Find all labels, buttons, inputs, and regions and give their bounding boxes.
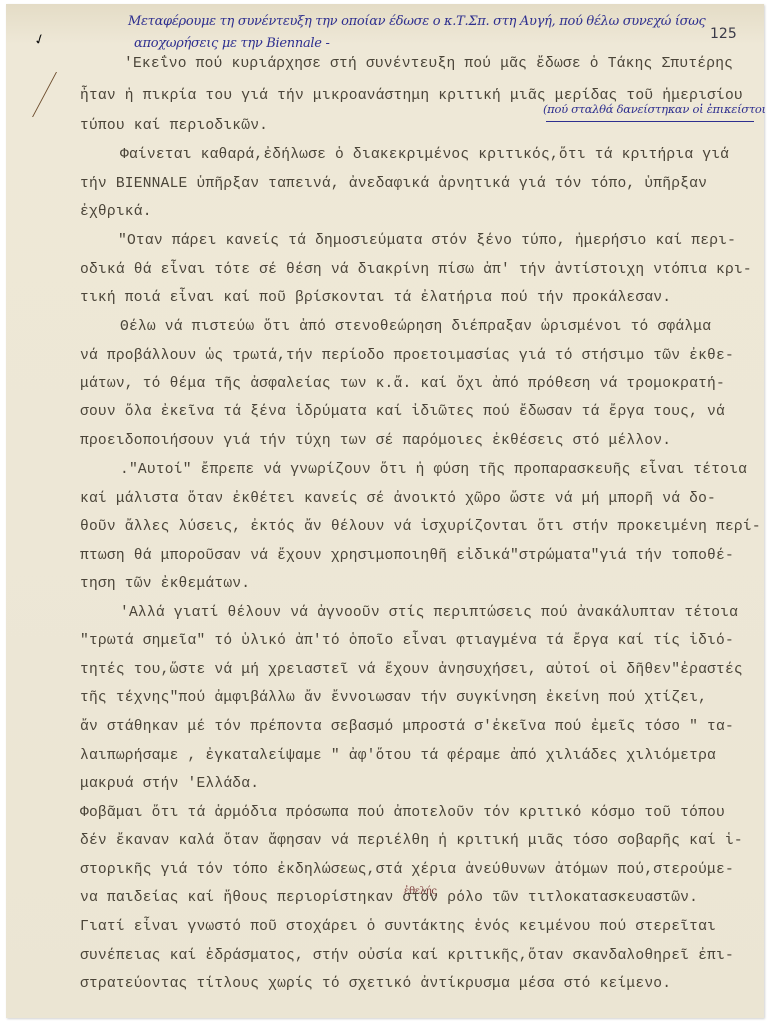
text-line: πτωση θά μποροῦσαν νά ἔχουν χρησιμοποιηθ… (80, 548, 734, 564)
text-line: 'Εκεΐνο πού κυριάρχησε στή συνέντευξη πο… (124, 56, 733, 72)
text-line: ἦταν ἡ πικρία του γιά τήν μικροανάστημη … (80, 88, 743, 104)
margin-checkmark: ✓ (32, 30, 48, 49)
text-line: δέν ἔκαναν καλά ὅταν ἄφησαν νά περιέλθη … (80, 833, 743, 849)
text-line: Φοβᾶμαι ὅτι τά ἁρμόδια πρόσωπα πού ἀποτε… (80, 805, 725, 821)
text-line: Γιατί εἶναι γνωστό ποῦ στοχάρει ὁ συντάκ… (80, 919, 716, 935)
text-line: μακρυά στήν 'Ελλάδα. (80, 776, 259, 792)
text-line: να παιδείας καί ἤθους περιορίστηκαν στόν… (80, 890, 698, 906)
text-line: νά προβάλλουν ὡς τρωτά,τήν περίοδο προετ… (80, 348, 734, 364)
text-line: τηση τῶν ἐκθεμάτων. (80, 576, 250, 592)
text-line: τύπου καί περιοδικῶν. (80, 118, 268, 134)
text-line: μάτων, τό θέμα τῆς ἀσφαλείας των κ.ἄ. κα… (80, 376, 725, 392)
text-line: θοῦν ἄλλες λύσεις, ἐκτός ἄν θέλουν νά ἰσ… (80, 519, 761, 535)
text-line: Φαίνεται καθαρά,ἐδήλωσε ὁ διακεκριμένος … (120, 147, 729, 163)
handwritten-header-line-1: Μεταφέρουμε τη συνέντευξη την οποίαν έδω… (128, 14, 706, 29)
text-line: προειδοποιήσουν γιά τήν τύχη των σέ παρό… (80, 433, 671, 449)
handwritten-underline (546, 121, 754, 122)
handwritten-header-line-2: αποχωρήσεις με την Biennale - (134, 36, 330, 51)
text-line: στορικῆς γιά τόν τόπο ἐκδηλώσεως,στά χέρ… (80, 862, 734, 878)
handwritten-margin-note: (πού σταλθά δανείστηκαν οἱ ἐπικείστοι (543, 102, 766, 116)
text-line: τῆς τέχνης"πού ἀμφιβάλλω ἄν ἔννοιωσαν τή… (80, 690, 707, 706)
text-line: οδικά θά εἶναι τότε σέ θέση νά διακρίνη … (80, 262, 752, 278)
text-line: Θέλω νά πιστεύω ὅτι ἀπό στενοθεώρηση διέ… (120, 319, 711, 335)
text-line: 'Αλλά γιατί θέλουν νά ἀγνοοῦν στίς περιπ… (120, 605, 738, 621)
text-line: ."Αυτοί" ἔπρεπε νά γνωρίζουν ὅτι ἡ φύση … (120, 462, 747, 478)
text-line: "τρωτά σημεῖα" τό ὑλικό ἀπ'τό ὁποῖο εἶνα… (80, 633, 734, 649)
page-number: 125 (710, 26, 737, 42)
text-line: τική ποιά εἶναι καί ποῦ βρίσκονται τά ἐλ… (80, 290, 671, 306)
text-line: συνέπειας καί ἑδράσματος, στήν οὐσία καί… (80, 948, 734, 964)
text-line: στρατεύοντας τίτλους χωρίς τό σχετικό ἀν… (80, 976, 671, 992)
text-line: σουν ὅλα ἐκεῖνα τά ξένα ἱδρύματα καί ἰδι… (80, 404, 725, 420)
text-line: "Οταν πάρει κανείς τά δημοσιεύματα στόν … (118, 233, 736, 249)
text-line: λαιπωρήσαμε , ἐγκαταλείψαμε " ἀφ'ὅτου τά… (80, 748, 716, 764)
text-line: ἐχθρικά. (80, 204, 152, 220)
text-line: τήν BIENNALE ὑπῆρξαν ταπεινά, ἀνεδαφικά … (80, 176, 707, 192)
document-page: ✓ Μεταφέρουμε τη συνέντευξη την οποίαν έ… (6, 4, 764, 1018)
margin-bracket-annotation (32, 72, 87, 117)
text-line: τητές του,ὥστε νά μή χρειαστεῖ νά ἔχουν … (80, 662, 743, 678)
text-line: καί μάλιστα ὅταν ἐκθέτει κανείς σέ ἀνοικ… (80, 491, 716, 507)
text-line: ἄν στάθηκαν μέ τόν πρέποντα σεβασμό μπρο… (80, 719, 734, 735)
